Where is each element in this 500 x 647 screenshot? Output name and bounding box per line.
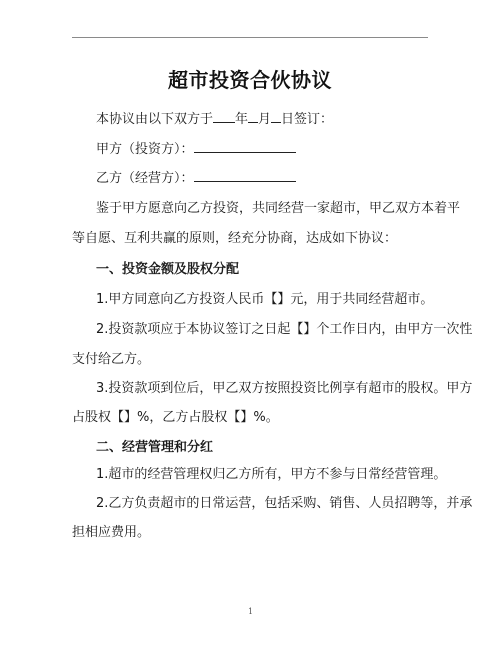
section-2-clause-1: 1.超市的经营管理权归乙方所有，甲方不参与日常经营管理。 (96, 467, 446, 483)
day-suffix: 日签订： (281, 112, 333, 127)
section-2-clause-2-line-1: 2.乙方负责超市的日常运营，包括采购、销售、人员招聘等，并承 (96, 496, 472, 512)
section-1-clause-2-line-2: 支付给乙方。 (72, 352, 150, 368)
section-1-heading: 一、投资金额及股权分配 (96, 262, 239, 278)
preamble-line-1: 鉴于甲方愿意向乙方投资，共同经营一家超市，甲乙双方本着平 (96, 201, 460, 217)
section-1-clause-1: 1.甲方同意向乙方投资人民币【】元，用于共同经营超市。 (96, 292, 433, 308)
party-b-blank[interactable] (194, 169, 296, 182)
section-2-clause-2-line-2: 担相应费用。 (72, 525, 150, 541)
year-label: 年 (235, 112, 248, 127)
page-number: 1 (248, 607, 253, 616)
document-title: 超市投资合伙协议 (0, 64, 500, 93)
year-blank[interactable] (213, 110, 235, 123)
party-a-line: 甲方（投资方）： (96, 140, 296, 158)
intro-line: 本协议由以下双方于年月日签订： (96, 110, 333, 128)
party-b-line: 乙方（经营方）： (96, 169, 296, 187)
section-2-heading: 二、经营管理和分红 (96, 440, 213, 456)
day-blank[interactable] (271, 110, 281, 123)
section-1-clause-2-line-1: 2.投资款项应于本协议签订之日起【】个工作日内，由甲方一次性 (96, 322, 472, 338)
section-1-clause-3-line-1: 3.投资款项到位后，甲乙双方按照投资比例享有超市的股权。甲方 (96, 381, 472, 397)
header-rule (72, 37, 428, 38)
intro-prefix: 本协议由以下双方于 (96, 112, 213, 127)
section-1-clause-3-line-2: 占股权【】%，乙方占股权【】%。 (72, 410, 279, 426)
month-label: 月 (258, 112, 271, 127)
party-b-label: 乙方（经营方）： (96, 171, 194, 186)
preamble-line-2: 等自愿、互利共赢的原则，经充分协商，达成如下协议： (72, 231, 397, 247)
party-a-blank[interactable] (194, 140, 296, 153)
party-a-label: 甲方（投资方）： (96, 142, 194, 157)
month-blank[interactable] (248, 110, 258, 123)
